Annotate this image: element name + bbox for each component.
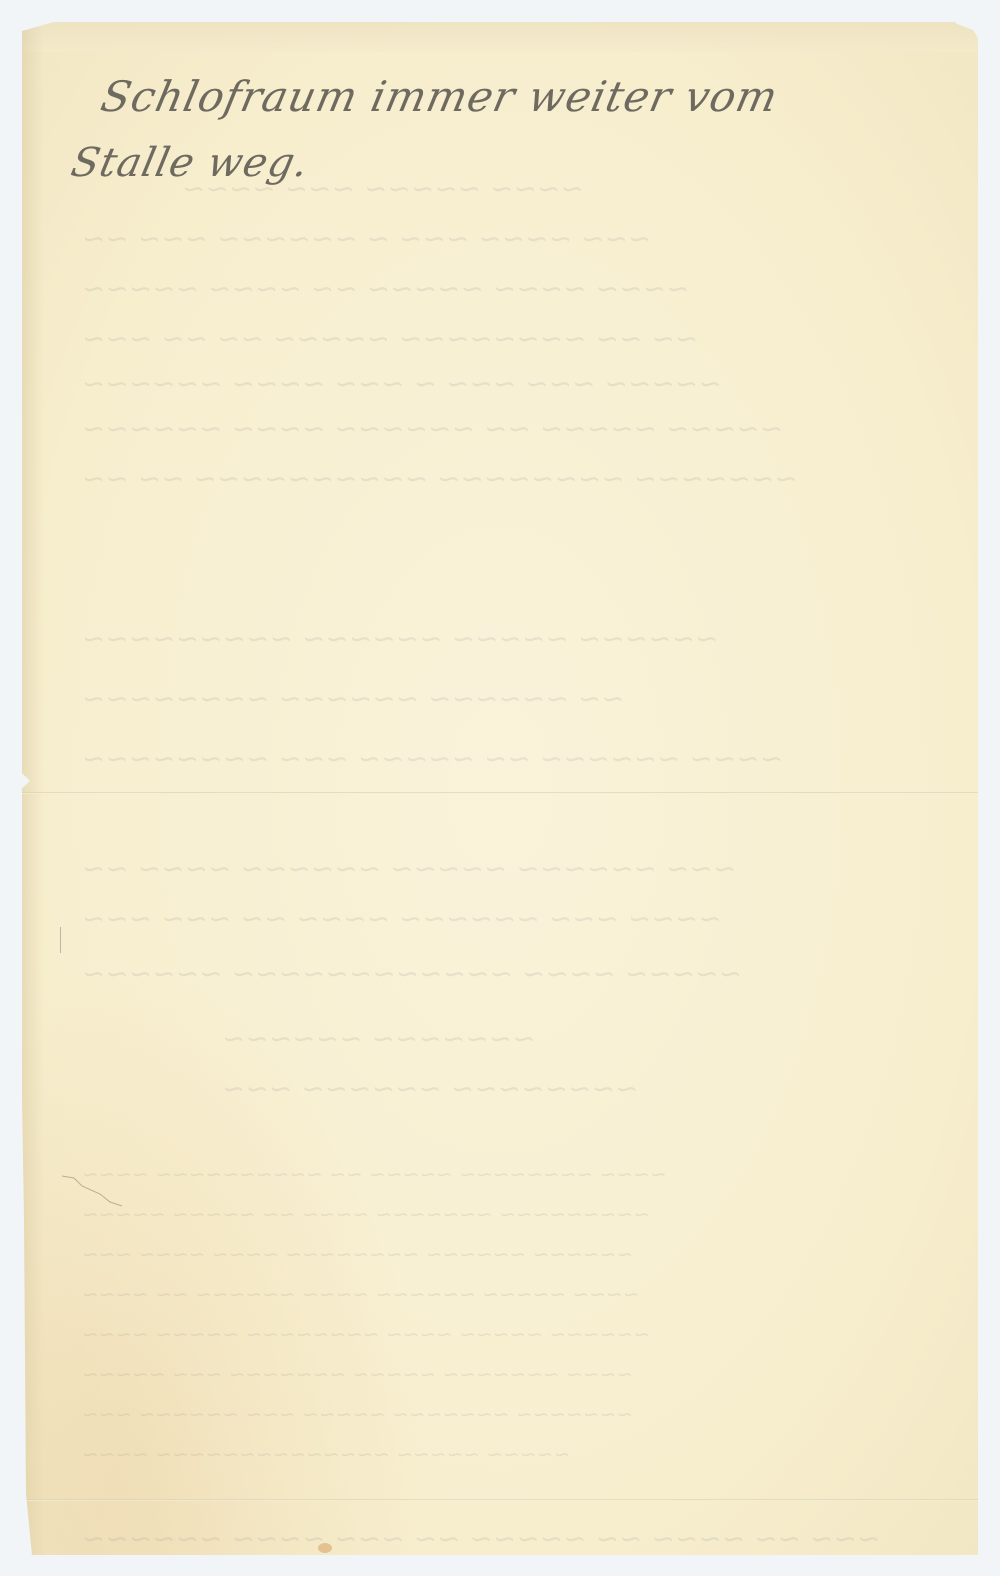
bleed-through-text: ~~~ ~~~~ ~~~ ~ ~~~~~~ ~~~ ~~ <box>79 222 654 255</box>
bleed-through-text: ~~~~ ~~~ ~~~~~~ ~~~~ ~~ ~~~ ~~~ <box>79 902 725 935</box>
bleed-through-text: ~~~~ ~~~~ ~~~~~ ~~ ~~~~ ~~~~~ <box>79 272 692 305</box>
left-edge-discoloration <box>22 22 44 1555</box>
center-fold-line <box>22 792 978 794</box>
bleed-through-text: ~~~~~~~~~ ~~~~~~~ ~~~~ ~~ ~~~~~ ~~~~~ <box>80 1202 652 1226</box>
handwritten-line-1: Schlofraum immer weiter vom <box>97 72 783 121</box>
bleed-through-text: ~~~~~ ~~~ ~~~ ~ ~~~ ~~~~ ~~~~~~ <box>79 367 725 400</box>
paper-crack <box>62 1172 152 1212</box>
bleed-through-text: ~~~~~ ~~~~ ~~~~~~~~~~~~ ~~~~~~ <box>79 957 745 990</box>
bleed-through-text: ~~~~~ ~~~~~ ~~ ~~~~~~ ~~~~ ~~~~~~ <box>79 412 786 445</box>
bleed-through-text: ~~~~ ~~~~~~~ ~~~~~ ~~~~~~~ ~~~ ~~~~~ <box>80 1362 636 1386</box>
bleed-through-text: ~~~~ ~~~~~~~~ ~~~~~ ~~ ~~~~~~~~~~ ~~~~ <box>80 1162 669 1186</box>
paper-stain <box>318 1543 332 1553</box>
bleed-through-text: ~~~ ~~~~~~ ~~~~~ ~~~~~~ ~~~~ ~~ <box>79 852 739 885</box>
bleed-through-text: ~~~~~~ ~~~~~ ~~~~ ~~~~~~~~ ~~~~~ ~~~~ <box>80 1322 652 1346</box>
bleed-through-text: ~~~~ ~~~~~~ ~~ ~~~~~ ~~~ ~~~~~~~~ <box>79 742 786 775</box>
bleed-through-text: ~~ ~~ ~~~~~~~~ ~~~~~ ~~ ~~ ~~~ <box>79 322 701 355</box>
paper-sheet: ~~~~ ~~~~~ ~~~ ~~~~ ~~~ ~~~~ ~~~ ~ ~~~~~… <box>22 22 978 1555</box>
bottom-fold-line <box>22 1499 978 1501</box>
top-flap-crease <box>22 22 978 52</box>
bleed-through-text: ~~~~~~~ ~~~~~~~ ~~~~~ ~~~ ~~~~~~ ~~~ <box>80 1402 636 1426</box>
bleed-through-text: ~~~~~~ ~~~~~ ~~~~~~ ~~~~~~~~~ <box>79 622 722 655</box>
bleed-through-text: ~~ ~~~~~~ ~~~~~~ ~~~~~~~~ <box>79 682 628 715</box>
handwritten-line-2: Stalle weg. <box>67 140 313 186</box>
bleed-through-text: ~~~ ~~ ~~~~ ~~ ~~~~~ ~~ ~~~ ~~~~ ~~~~~~ <box>79 1522 883 1555</box>
bleed-through-text: ~~~~~~ ~~~~~~ ~~~~~~~~ ~~~~ ~~~~ ~~~ <box>80 1242 636 1266</box>
bleed-through-text: ~~~~~~~ ~~~~~~~~ ~~~~~~~~~~ ~~ ~~ <box>79 462 801 495</box>
margin-mark <box>60 927 71 953</box>
bleed-through-text: ~~~~~~~~ ~~~~~~ ~~~ <box>219 1072 641 1105</box>
bleed-through-text: ~~~~~ ~~~~~ ~~~~~~~~~~~~~~ ~~~~ <box>80 1442 573 1466</box>
bleed-through-text: ~~~~ ~~~~~ ~~~~~~ ~~~~ ~~~~~~ ~~ ~~~~ <box>80 1282 642 1306</box>
bleed-through-text: ~~~~~~~ ~~~~~~ <box>219 1022 539 1055</box>
